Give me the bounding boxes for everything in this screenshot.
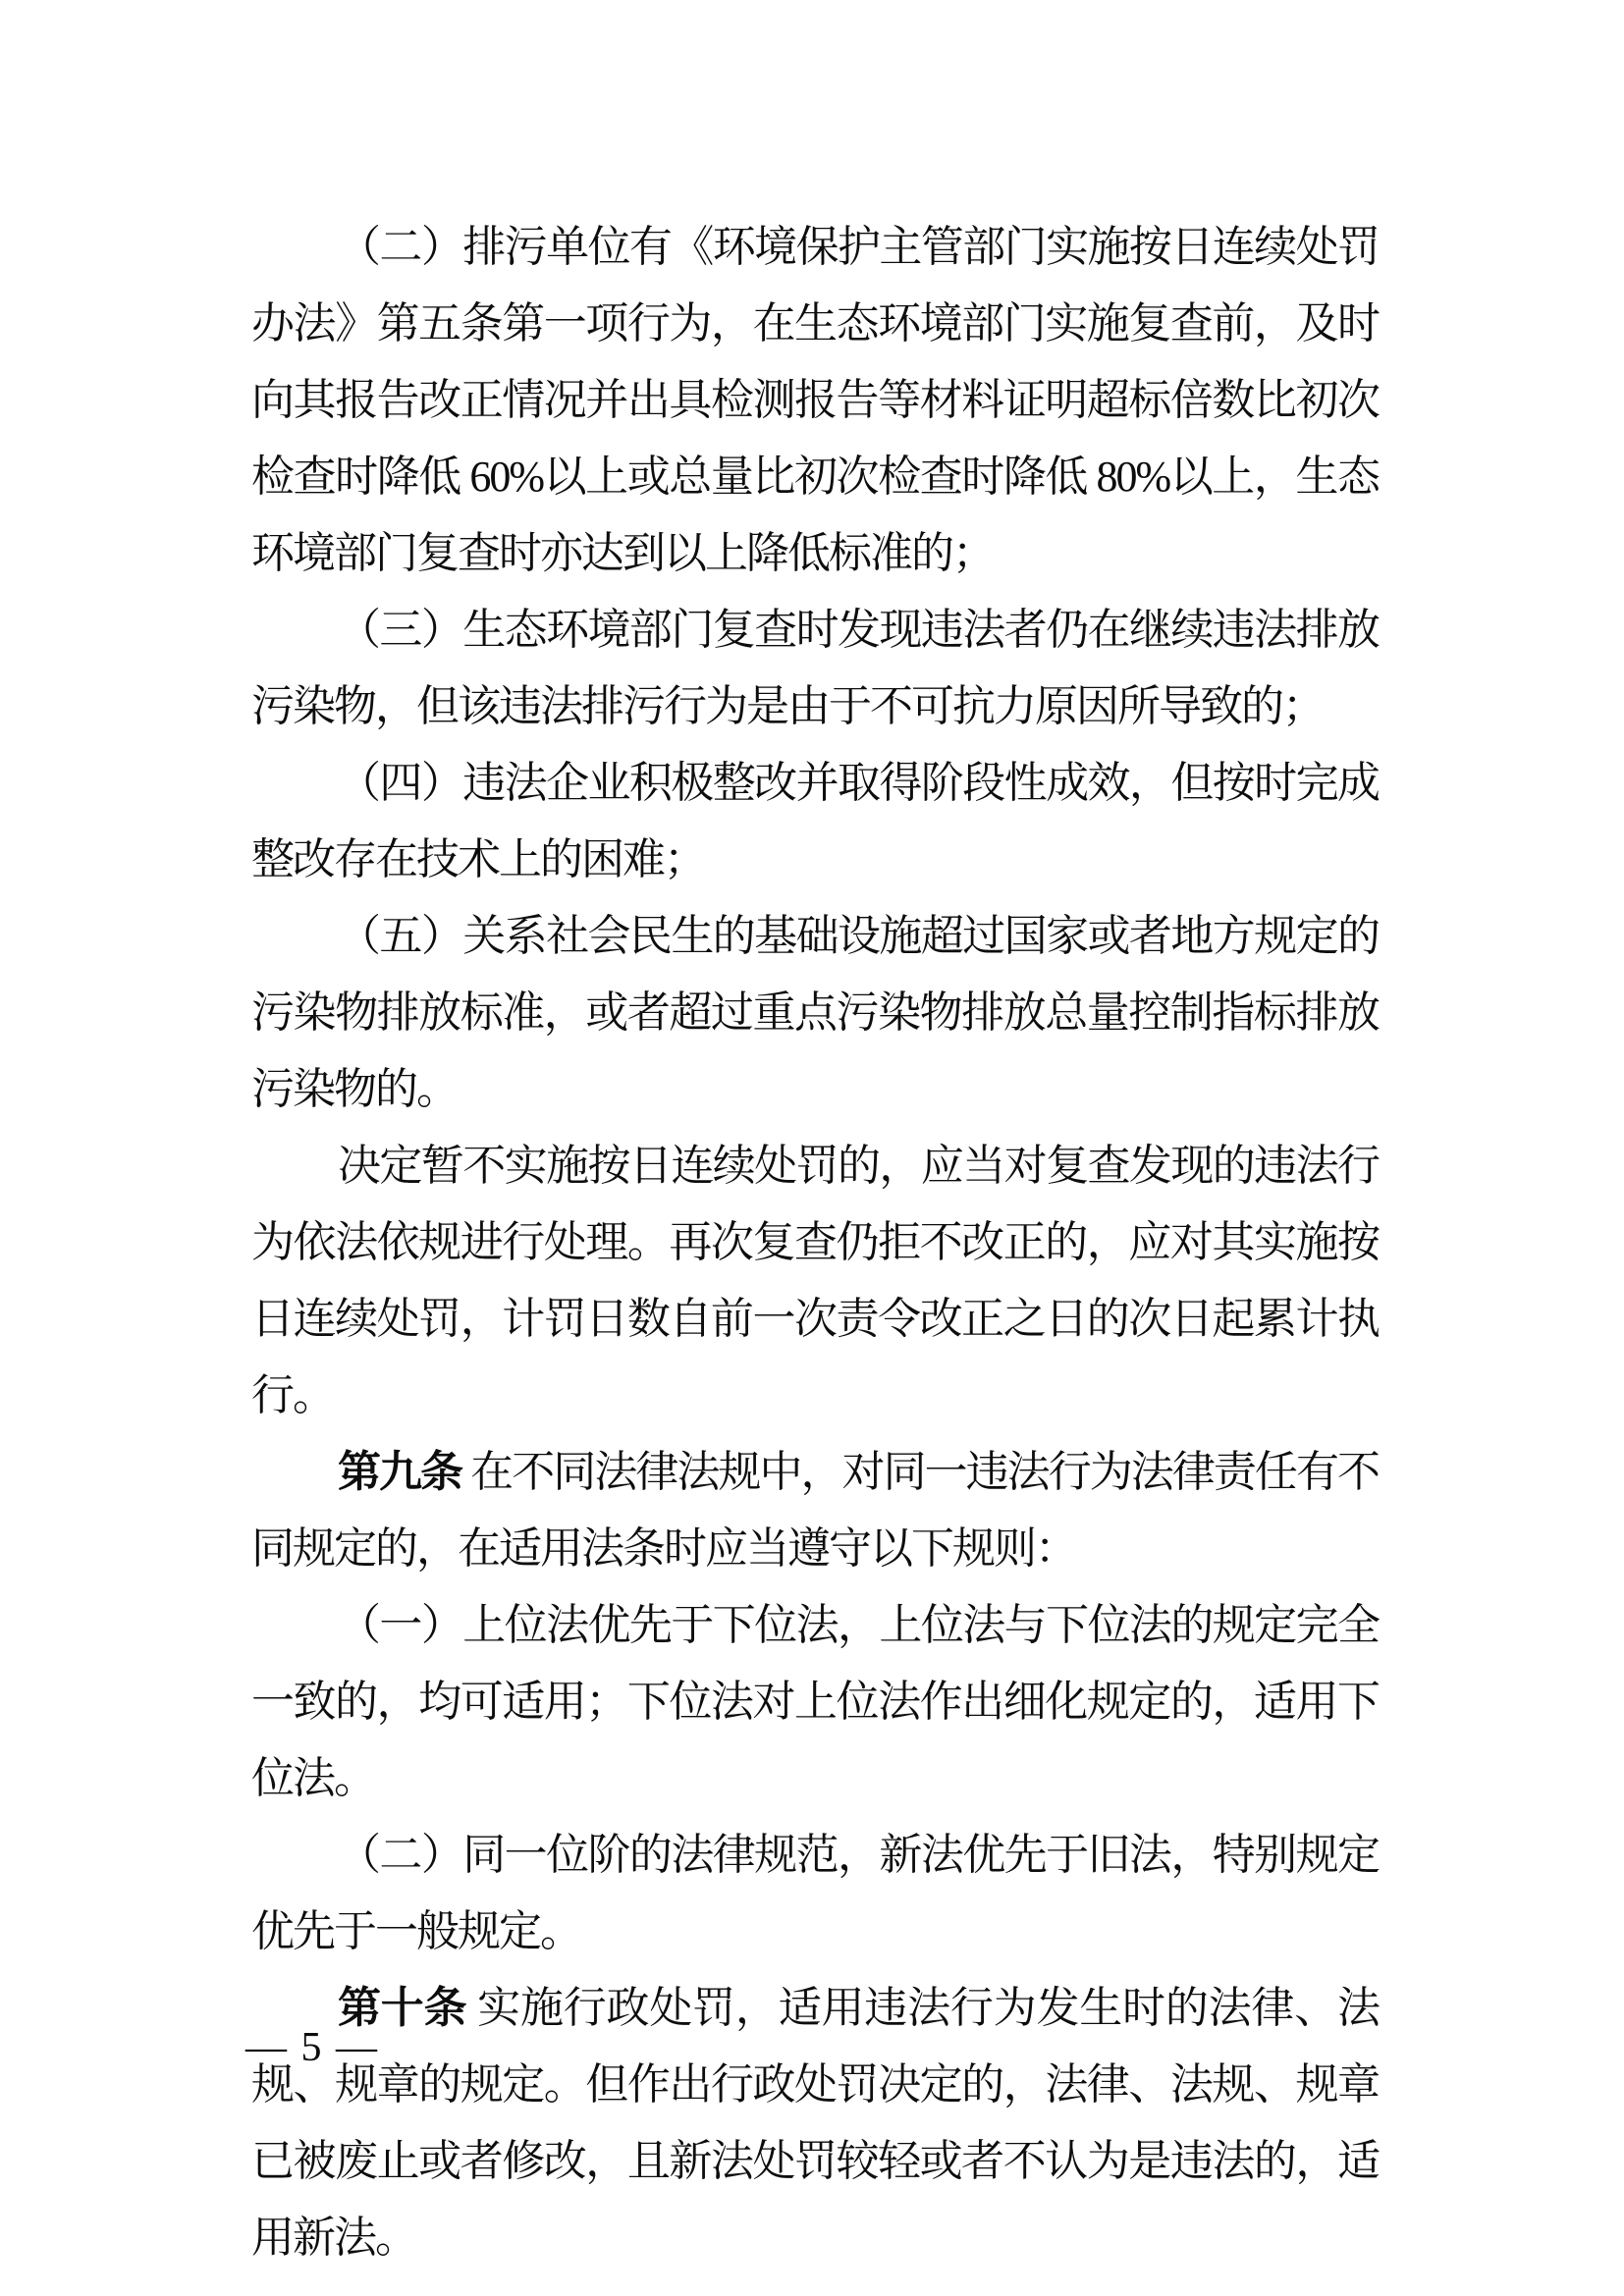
paragraph-item-5: （五）关系社会民生的基础设施超过国家或者地方规定的污染物排放标准，或者超过重点污… [251, 898, 1379, 1128]
paragraph-text: （一）上位法优先于下位法，上位法与下位法的规定完全一致的，均可适用；下位法对上位… [251, 1601, 1379, 1802]
paragraph-rule-1: （一）上位法优先于下位法，上位法与下位法的规定完全一致的，均可适用；下位法对上位… [251, 1587, 1379, 1817]
paragraph-item-4: （四）违法企业积极整改并取得阶段性成效，但按时完成整改存在技术上的困难； [251, 745, 1379, 898]
paragraph-article-9: 第九条 在不同法律法规中，对同一违法行为法律责任有不同规定的，在适用法条时应当遵… [251, 1434, 1379, 1587]
article-number: 第九条 [338, 1448, 461, 1496]
paragraph-text: （二）排污单位有《环境保护主管部门实施按日连续处罚办法》第五条第一项行为，在生态… [251, 223, 1379, 577]
paragraph-item-2: （二）排污单位有《环境保护主管部门实施按日连续处罚办法》第五条第一项行为，在生态… [251, 209, 1379, 592]
document-page: （二）排污单位有《环境保护主管部门实施按日连续处罚办法》第五条第一项行为，在生态… [0, 0, 1624, 2296]
paragraph-text: （二）同一位阶的法律规范，新法优先于旧法，特别规定优先于一般规定。 [251, 1831, 1379, 1955]
paragraph-text: （四）违法企业积极整改并取得阶段性成效，但按时完成整改存在技术上的困难； [251, 759, 1379, 883]
paragraph-text: （三）生态环境部门复查时发现违法者仍在继续违法排放污染物，但该违法排污行为是由于… [251, 606, 1379, 730]
paragraph-item-3: （三）生态环境部门复查时发现违法者仍在继续违法排放污染物，但该违法排污行为是由于… [251, 592, 1379, 745]
paragraph-decision: 决定暂不实施按日连续处罚的，应当对复查发现的违法行为依法依规进行处理。再次复查仍… [251, 1128, 1379, 1434]
paragraph-rule-2: （二）同一位阶的法律规范，新法优先于旧法，特别规定优先于一般规定。 [251, 1817, 1379, 1970]
paragraph-text: 决定暂不实施按日连续处罚的，应当对复查发现的违法行为依法依规进行处理。再次复查仍… [251, 1142, 1379, 1419]
document-body: （二）排污单位有《环境保护主管部门实施按日连续处罚办法》第五条第一项行为，在生态… [251, 209, 1379, 2276]
paragraph-article-10: 第十条 实施行政处罚，适用违法行为发生时的法律、法规、规章的规定。但作出行政处罚… [251, 1970, 1379, 2276]
paragraph-text: （五）关系社会民生的基础设施超过国家或者地方规定的污染物排放标准，或者超过重点污… [251, 912, 1379, 1113]
page-number: — 5 — [245, 2024, 379, 2071]
